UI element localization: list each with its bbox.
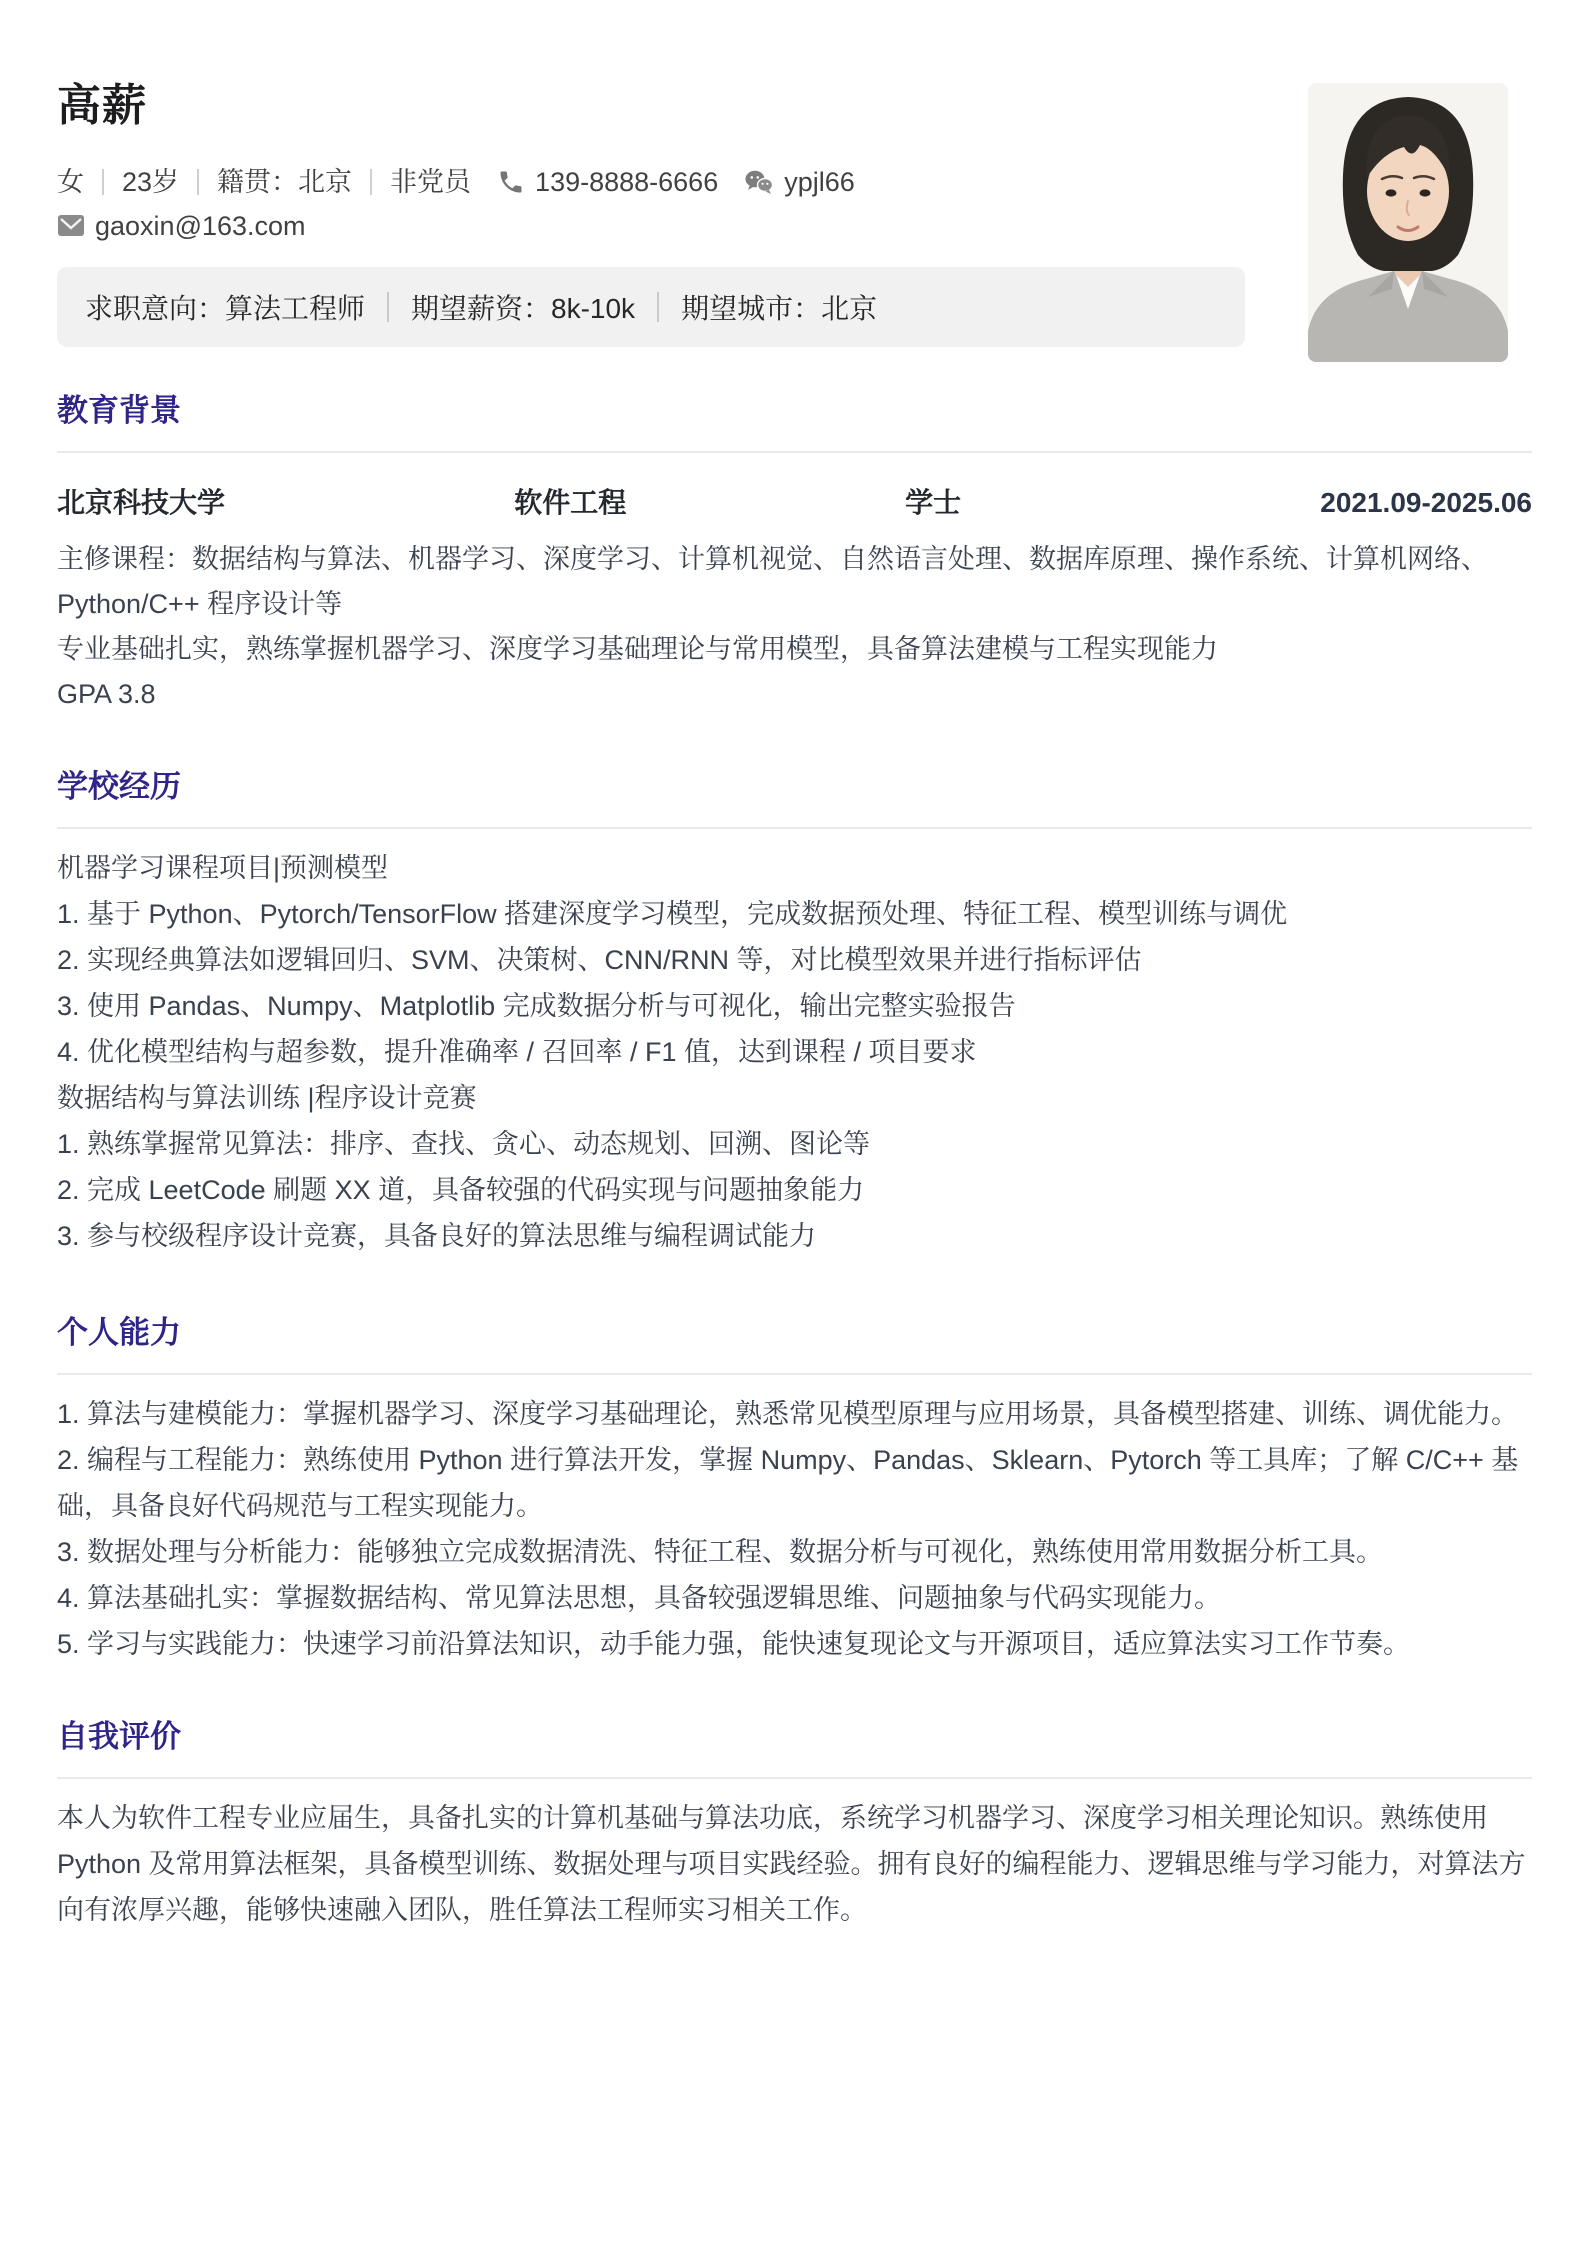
section-divider: [57, 451, 1532, 453]
phone-icon: [497, 168, 525, 196]
section-self-evaluation: 自我评价 本人为软件工程专业应届生，具备扎实的计算机基础与算法功底，系统学习机器…: [57, 1717, 1532, 1933]
abilities-list: 1. 算法与建模能力：掌握机器学习、深度学习基础理论，熟悉常见模型原理与应用场景…: [57, 1391, 1532, 1667]
major-name: 软件工程: [514, 481, 905, 521]
portrait-illustration: [1308, 83, 1508, 362]
section-divider: [57, 827, 1532, 829]
section-abilities: 个人能力 1. 算法与建模能力：掌握机器学习、深度学习基础理论，熟悉常见模型原理…: [57, 1313, 1532, 1667]
gender-value: 女: [57, 163, 84, 201]
education-detail-line: GPA 3.8: [57, 672, 1532, 717]
degree-name: 学士: [905, 481, 1320, 521]
section-title-self-evaluation: 自我评价: [57, 1717, 1532, 1757]
school-experience-list: 机器学习课程项目|预测模型 1. 基于 Python、Pytorch/Tenso…: [57, 845, 1532, 1259]
resume-page: 高薪 女 23岁 籍贯：北京 非党员 139-8888-6666 ypjl66: [0, 0, 1588, 2246]
ability-line: 3. 数据处理与分析能力：能够独立完成数据清洗、特征工程、数据分析与可视化，熟练…: [57, 1529, 1532, 1575]
section-divider: [57, 1373, 1532, 1375]
hometown-value: 籍贯：北京: [217, 163, 352, 201]
education-detail-line: 主修课程：数据结构与算法、机器学习、深度学习、计算机视觉、自然语言处理、数据库原…: [57, 537, 1532, 627]
intent-position: 求职意向：算法工程师: [85, 287, 365, 327]
separator: [197, 169, 199, 195]
ability-line: 4. 算法基础扎实：掌握数据结构、常见算法思想，具备较强逻辑思维、问题抽象与代码…: [57, 1575, 1532, 1621]
experience-line: 1. 熟练掌握常见算法：排序、查找、贪心、动态规划、回溯、图论等: [57, 1121, 1532, 1167]
experience-line: 2. 完成 LeetCode 刷题 XX 道，具备较强的代码实现与问题抽象能力: [57, 1167, 1532, 1213]
section-divider: [57, 1777, 1532, 1779]
phone-number: 139-8888-6666: [535, 163, 718, 201]
education-period: 2021.09-2025.06: [1320, 487, 1532, 519]
experience-line: 3. 使用 Pandas、Numpy、Matplotlib 完成数据分析与可视化…: [57, 983, 1532, 1029]
intent-city: 期望城市：北京: [681, 287, 877, 327]
experience-line: 3. 参与校级程序设计竞赛，具备良好的算法思维与编程调试能力: [57, 1213, 1532, 1259]
separator: [370, 169, 372, 195]
ability-line: 1. 算法与建模能力：掌握机器学习、深度学习基础理论，熟悉常见模型原理与应用场景…: [57, 1391, 1532, 1437]
school-name: 北京科技大学: [57, 481, 514, 521]
ability-line: 5. 学习与实践能力：快速学习前沿算法知识，动手能力强，能快速复现论文与开源项目…: [57, 1621, 1532, 1667]
wechat-id: ypjl66: [784, 163, 855, 201]
section-education: 教育背景 北京科技大学 软件工程 学士 2021.09-2025.06 主修课程…: [57, 391, 1532, 717]
experience-line: 2. 实现经典算法如逻辑回归、SVM、决策树、CNN/RNN 等，对比模型效果并…: [57, 937, 1532, 983]
experience-line: 1. 基于 Python、Pytorch/TensorFlow 搭建深度学习模型…: [57, 891, 1532, 937]
profile-photo: [1308, 83, 1508, 362]
self-evaluation-text: 本人为软件工程专业应届生，具备扎实的计算机基础与算法功底，系统学习机器学习、深度…: [57, 1795, 1532, 1933]
email-address: gaoxin@163.com: [95, 207, 306, 245]
education-row: 北京科技大学 软件工程 学士 2021.09-2025.06: [57, 481, 1532, 521]
experience-line: 数据结构与算法训练 |程序设计竞赛: [57, 1075, 1532, 1121]
ability-line: 2. 编程与工程能力：熟练使用 Python 进行算法开发，掌握 Numpy、P…: [57, 1437, 1532, 1529]
age-value: 23岁: [122, 163, 179, 201]
education-details: 主修课程：数据结构与算法、机器学习、深度学习、计算机视觉、自然语言处理、数据库原…: [57, 537, 1532, 717]
experience-line: 机器学习课程项目|预测模型: [57, 845, 1532, 891]
job-intent-bar: 求职意向：算法工程师 期望薪资：8k-10k 期望城市：北京: [57, 267, 1245, 347]
separator: [387, 292, 389, 322]
experience-line: 4. 优化模型结构与超参数，提升准确率 / 召回率 / F1 值，达到课程 / …: [57, 1029, 1532, 1075]
separator: [102, 169, 104, 195]
intent-salary: 期望薪资：8k-10k: [411, 287, 635, 327]
political-status-value: 非党员: [390, 163, 471, 201]
self-evaluation-block: 本人为软件工程专业应届生，具备扎实的计算机基础与算法功底，系统学习机器学习、深度…: [57, 1795, 1532, 1933]
separator: [657, 292, 659, 322]
education-detail-line: 专业基础扎实，熟练掌握机器学习、深度学习基础理论与常用模型，具备算法建模与工程实…: [57, 627, 1532, 672]
mail-icon: [57, 214, 85, 237]
section-title-abilities: 个人能力: [57, 1313, 1532, 1353]
wechat-icon: [744, 169, 774, 195]
section-title-education: 教育背景: [57, 391, 1532, 431]
section-school-experience: 学校经历 机器学习课程项目|预测模型 1. 基于 Python、Pytorch/…: [57, 767, 1532, 1259]
section-title-school-experience: 学校经历: [57, 767, 1532, 807]
